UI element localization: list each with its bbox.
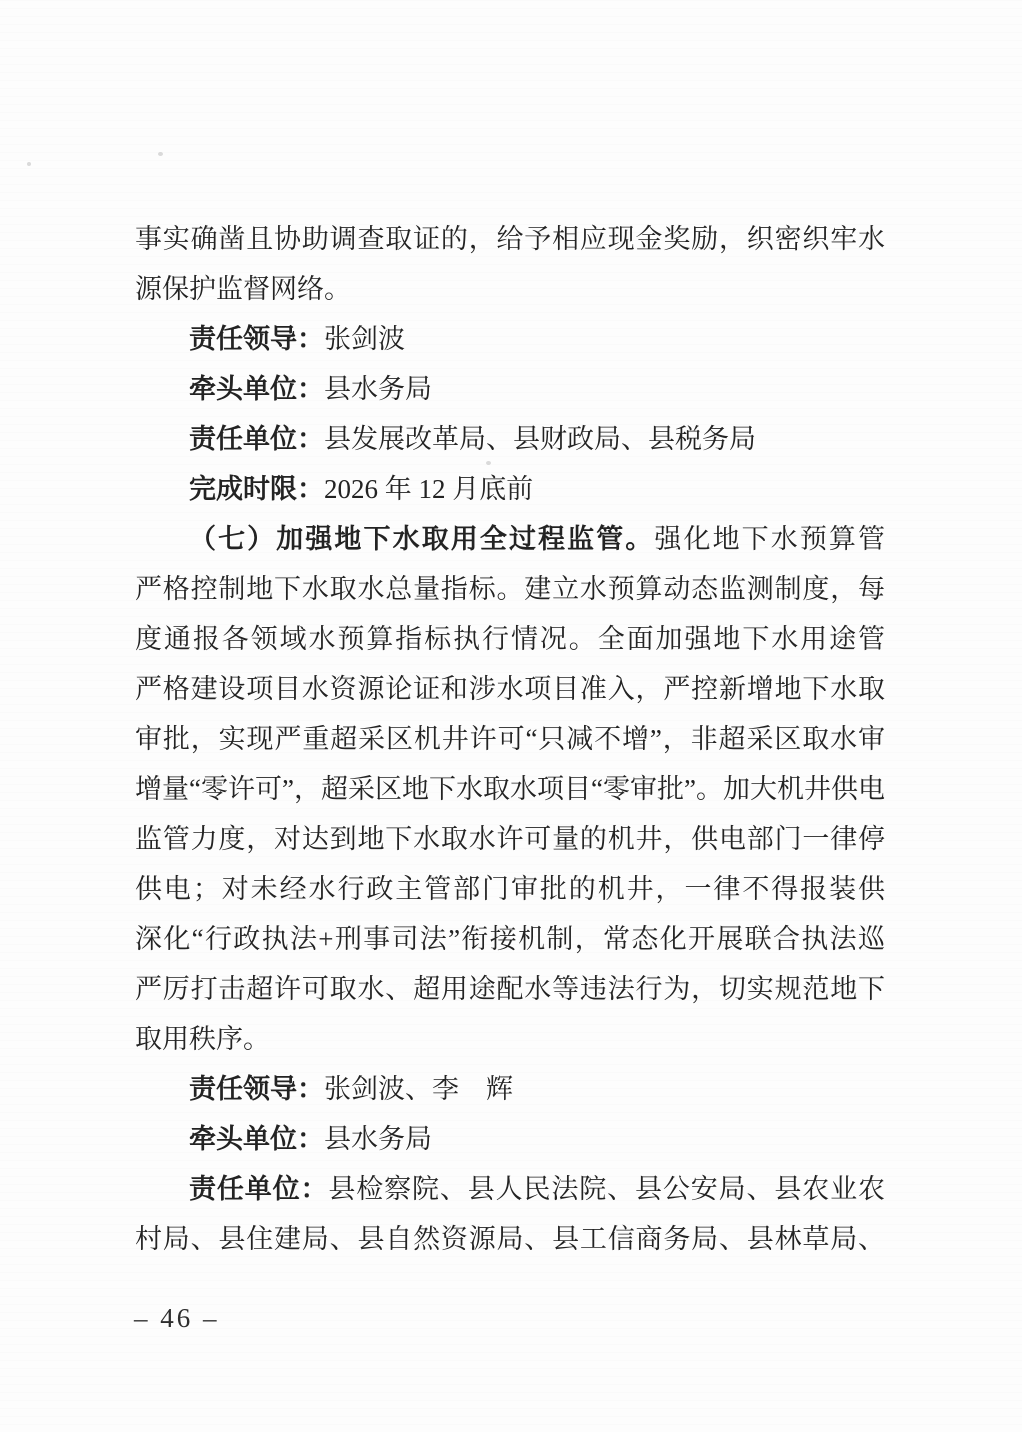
field-value: 2026 年 12 月底前 bbox=[324, 474, 533, 504]
field-line-responsible-leader: 责任领导：张剑波、李 辉 bbox=[135, 1064, 885, 1114]
document-page: 事实确凿且协助调查取证的，给予相应现金奖励，织密织牢水资 源保护监督网络。 责任… bbox=[0, 0, 1022, 1432]
text-line: 源保护监督网络。 bbox=[135, 264, 885, 314]
section-heading-line: （七）加强地下水取用全过程监管。强化地下水预算管理， bbox=[135, 514, 885, 564]
text-line: 审批，实现严重超采区机井许可“只减不增”，非超采区取水审批 bbox=[135, 714, 885, 764]
field-line-lead-unit: 牵头单位：县水务局 bbox=[135, 364, 885, 414]
field-value: 张剑波、李 辉 bbox=[324, 1074, 513, 1104]
body-text: 度通报各领域水预算指标执行情况。全面加强地下水用途管控， bbox=[135, 624, 885, 664]
scan-speck bbox=[27, 162, 31, 166]
field-value: 张剑波 bbox=[324, 324, 405, 354]
body-text: 取用秩序。 bbox=[135, 1024, 270, 1054]
field-line-lead-unit: 牵头单位：县水务局 bbox=[135, 1114, 885, 1164]
text-line: 事实确凿且协助调查取证的，给予相应现金奖励，织密织牢水资 bbox=[135, 214, 885, 264]
field-value: 县水务局 bbox=[324, 374, 432, 404]
field-line-responsible-units: 责任单位：县发展改革局、县财政局、县税务局 bbox=[135, 414, 885, 464]
field-label: 完成时限： bbox=[189, 474, 324, 504]
document-body: 事实确凿且协助调查取证的，给予相应现金奖励，织密织牢水资 源保护监督网络。 责任… bbox=[135, 214, 885, 1264]
body-text: 村局、县住建局、县自然资源局、县工信商务局、县林草局、 bbox=[135, 1224, 885, 1254]
field-line-deadline: 完成时限：2026 年 12 月底前 bbox=[135, 464, 885, 514]
field-label: 责任单位： bbox=[189, 1174, 328, 1204]
body-text: 供电；对未经水行政主管部门审批的机井，一律不得报装供电。 bbox=[135, 874, 885, 914]
field-line-responsible-units: 责任单位：县检察院、县人民法院、县公安局、县农业农 bbox=[135, 1164, 885, 1214]
field-value: 县检察院、县人民法院、县公安局、县农业农 bbox=[328, 1174, 885, 1204]
text-line: 村局、县住建局、县自然资源局、县工信商务局、县林草局、 bbox=[135, 1214, 885, 1264]
body-text: 审批，实现严重超采区机井许可“只减不增”，非超采区取水审批 bbox=[135, 724, 885, 764]
text-line: 度通报各领域水预算指标执行情况。全面加强地下水用途管控， bbox=[135, 614, 885, 664]
text-line: 严格建设项目水资源论证和涉水项目准入，严控新增地下水取水 bbox=[135, 664, 885, 714]
field-label: 责任领导： bbox=[189, 324, 324, 354]
field-label: 责任领导： bbox=[189, 1074, 324, 1104]
body-text: 深化“行政执法+刑事司法”衔接机制，常态化开展联合执法巡查， bbox=[135, 924, 885, 964]
text-line: 监管力度，对达到地下水取水许可量的机井，供电部门一律停止 bbox=[135, 814, 885, 864]
section-title: （七）加强地下水取用全过程监管。 bbox=[189, 524, 654, 554]
body-text: 严格建设项目水资源论证和涉水项目准入，严控新增地下水取水 bbox=[135, 674, 885, 714]
field-label: 责任单位： bbox=[189, 424, 324, 454]
field-line-responsible-leader: 责任领导：张剑波 bbox=[135, 314, 885, 364]
text-line: 增量“零许可”，超采区地下水取水项目“零审批”。加大机井供电 bbox=[135, 764, 885, 814]
text-line: 取用秩序。 bbox=[135, 1014, 885, 1064]
scan-speck bbox=[158, 152, 163, 156]
body-text: 源保护监督网络。 bbox=[135, 274, 351, 304]
text-line: 严厉打击超许可取水、超用途配水等违法行为，切实规范地下水 bbox=[135, 964, 885, 1014]
field-label: 牵头单位： bbox=[189, 1124, 324, 1154]
field-label: 牵头单位： bbox=[189, 374, 324, 404]
field-value: 县水务局 bbox=[324, 1124, 432, 1154]
text-line: 供电；对未经水行政主管部门审批的机井，一律不得报装供电。 bbox=[135, 864, 885, 914]
body-text: 严格控制地下水取水总量指标。建立水预算动态监测制度，每季 bbox=[135, 574, 885, 614]
body-text: 增量“零许可”，超采区地下水取水项目“零审批”。加大机井供电 bbox=[135, 774, 885, 804]
body-text: 严厉打击超许可取水、超用途配水等违法行为，切实规范地下水 bbox=[135, 974, 885, 1014]
body-text: 事实确凿且协助调查取证的，给予相应现金奖励，织密织牢水资 bbox=[135, 224, 885, 264]
field-value: 县发展改革局、县财政局、县税务局 bbox=[324, 424, 756, 454]
body-text: 监管力度，对达到地下水取水许可量的机井，供电部门一律停止 bbox=[135, 824, 885, 864]
text-line: 严格控制地下水取水总量指标。建立水预算动态监测制度，每季 bbox=[135, 564, 885, 614]
page-number: – 46 – bbox=[134, 1298, 220, 1338]
text-line: 深化“行政执法+刑事司法”衔接机制，常态化开展联合执法巡查， bbox=[135, 914, 885, 964]
